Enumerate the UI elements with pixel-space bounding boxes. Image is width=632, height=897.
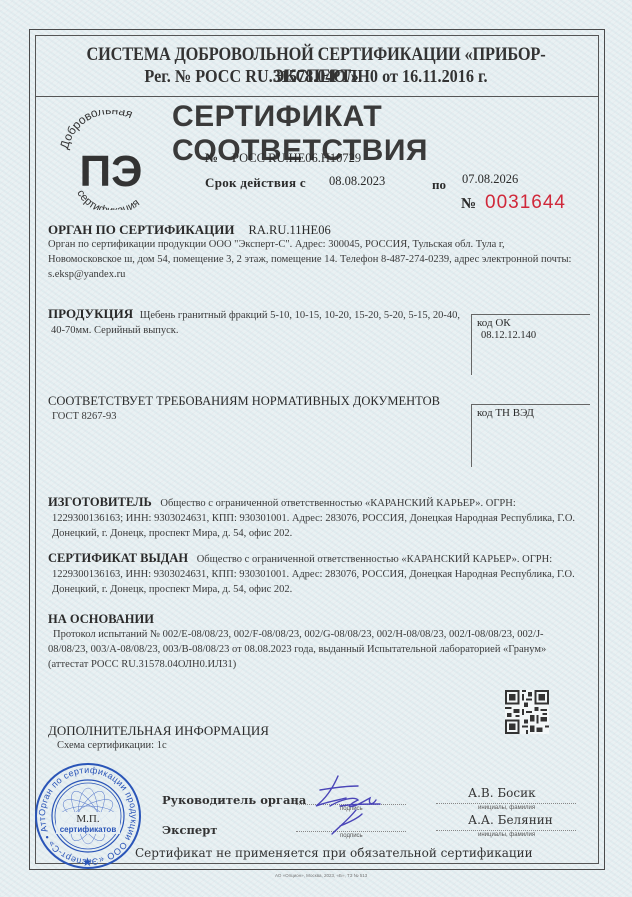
stamp-center-text: сертификатов xyxy=(60,825,117,834)
conformity-standard: ГОСТ 8267-93 xyxy=(52,409,117,424)
manufacturer-section: ИЗГОТОВИТЕЛЬ Общество с ограниченной отв… xyxy=(48,495,598,541)
star-icon: ★ xyxy=(82,855,93,869)
ok-code-box: код ОК 08.12.12.140 xyxy=(471,314,590,375)
head-name: А.В. Босик xyxy=(468,786,536,800)
valid-from-date: 08.08.2023 xyxy=(329,174,385,189)
footer-note: Сертификат не применяется при обязательн… xyxy=(135,846,533,860)
issued-to-section: СЕРТИФИКАТ ВЫДАН Общество с ограниченной… xyxy=(48,551,598,597)
expert-name-caption: инициалы, фамилия xyxy=(478,832,535,838)
tnved-code-value xyxy=(472,419,590,421)
system-registration: Рег. № РОСС RU.31578.04ОЛН0 от 16.11.201… xyxy=(64,66,568,87)
issued-to-heading: СЕРТИФИКАТ ВЫДАН xyxy=(48,551,188,565)
cb-line-1: Орган по сертификации продукции ООО "Экс… xyxy=(48,237,598,252)
certification-body-stamp: Орган по сертификации продукции ООО «Экс… xyxy=(34,762,142,870)
certification-body-heading: ОРГАН ПО СЕРТИФИКАЦИИ xyxy=(48,222,235,237)
expert-label: Эксперт xyxy=(162,823,217,837)
valid-to-label: по xyxy=(432,177,446,193)
manufacturer-line-3: Донецкий, г. Донецк, проспект Мира, д. 5… xyxy=(52,526,598,541)
product-section: ПРОДУКЦИЯ Щебень гранитный фракций 5-10,… xyxy=(48,306,468,338)
product-heading: ПРОДУКЦИЯ xyxy=(48,306,133,321)
basis-details: Протокол испытаний № 002/Е-08/08/23, 002… xyxy=(48,627,598,672)
manufacturer-line-1: Общество с ограниченной ответственностью… xyxy=(160,498,515,509)
pe-logo: Добровольная ПЭ сертификация xyxy=(55,110,165,210)
basis-line-1: Протокол испытаний № 002/Е-08/08/23, 002… xyxy=(53,627,598,642)
tnved-code-label: код ТН ВЭД xyxy=(472,405,590,419)
issued-to-line-3: Донецкий, г. Донецк, проспект Мира, д. 5… xyxy=(52,582,598,597)
expert-name: А.А. Белянин xyxy=(468,813,553,827)
valid-to-date: 07.08.2026 xyxy=(462,172,518,187)
manufacturer-line-2: 1229300136163; ИНН: 9303024631, КПП: 930… xyxy=(52,511,598,526)
stamp-mp: М.П. xyxy=(76,813,99,825)
validity-label: Срок действия с xyxy=(205,175,306,191)
header-divider xyxy=(35,96,598,97)
basis-line-3: (аттестат РОСС RU.31578.04ОЛН0.ИЛ31) xyxy=(48,657,598,672)
certificate-number: РОСС RU.НЕ06.Н10729 xyxy=(232,151,361,166)
issued-to-line-1: Общество с ограниченной ответственностью… xyxy=(197,554,552,565)
cb-line-3[interactable]: s.eksp@yandex.ru xyxy=(48,267,598,282)
tnved-code-box: код ТН ВЭД xyxy=(471,404,590,467)
number-label: № xyxy=(205,150,218,166)
head-label: Руководитель органа xyxy=(162,793,306,807)
serial-label: № xyxy=(461,196,476,213)
manufacturer-heading: ИЗГОТОВИТЕЛЬ xyxy=(48,495,152,509)
ok-code-value: 08.12.12.140 xyxy=(472,329,590,342)
product-line-1: Щебень гранитный фракций 5-10, 10-15, 10… xyxy=(140,310,460,321)
ok-code-label: код ОК xyxy=(472,315,590,329)
handwritten-signature xyxy=(310,770,390,845)
head-name-caption: инициалы, фамилия xyxy=(478,805,535,811)
head-name-line xyxy=(436,803,576,804)
cb-line-2: Новомосковское ш, дом 54, помещение 3, 2… xyxy=(48,252,598,267)
product-line-2: 40-70мм. Серийный выпуск. xyxy=(51,323,468,338)
logo-top-arc-text: Добровольная xyxy=(57,110,135,151)
expert-name-line xyxy=(436,830,576,831)
certification-body-code: RA.RU.11НЕ06 xyxy=(249,223,331,237)
certification-body-details: Орган по сертификации продукции ООО "Экс… xyxy=(48,237,598,282)
serial-number: 0031644 xyxy=(485,192,566,214)
basis-line-2: 08/08/23, 003/A-08/08/23, 003/B-08/08/23… xyxy=(48,642,598,657)
basis-heading: НА ОСНОВАНИИ xyxy=(48,612,154,627)
issued-to-line-2: 1229300136163, ИНН: 9303024631, КПП: 930… xyxy=(52,567,598,582)
logo-letters: ПЭ xyxy=(80,147,143,196)
print-info: АО «Опцион», Москва, 2023, «Б», ТЗ № 513 xyxy=(275,873,367,878)
certification-scheme: Схема сертификации: 1с xyxy=(57,738,167,753)
qr-code[interactable] xyxy=(505,690,549,734)
svg-text:Добровольная: Добровольная xyxy=(57,110,135,151)
conformity-heading: СООТВЕТСТВУЕТ ТРЕБОВАНИЯМ НОРМАТИВНЫХ ДО… xyxy=(48,394,440,409)
additional-info-heading: ДОПОЛНИТЕЛЬНАЯ ИНФОРМАЦИЯ xyxy=(48,723,269,739)
